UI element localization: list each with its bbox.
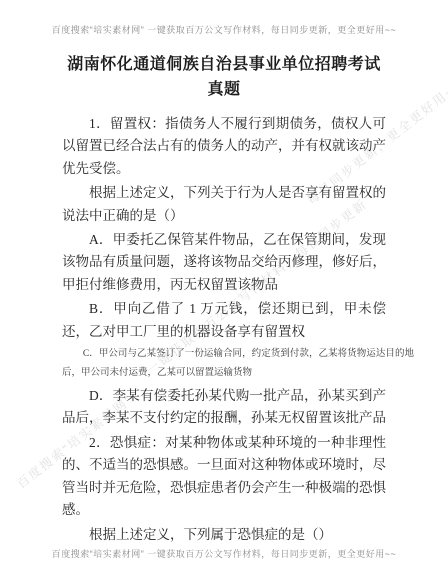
promo-header: 百度搜索“培实素材网” 一键获取百万公文写作材料，每日同步更新，更全更好用~~ — [0, 23, 448, 36]
paragraph-q1-option-c: C．甲公司与乙某签订了一份运输合同，约定货到付款，乙某将货物运达目的地后，甲公司… — [62, 345, 414, 383]
paragraph-q1-stem: 根据上述定义，下列关于行为人是否享有留置权的说法中正确的是（） — [62, 182, 386, 227]
document-page: { "promo": { "header": "百度搜索“培实素材网” 一键获取… — [0, 0, 448, 580]
paragraph-q1-definition: 1．留置权：指债务人不履行到期债务，债权人可以留置已经合法占有的债务人的动产，并… — [62, 113, 386, 180]
paragraph-q2-stem: 根据上述定义，下列属于恐惧症的是（） — [62, 524, 386, 546]
paragraph-q1-option-a: A．甲委托乙保管某件物品，乙在保管期间，发现该物品有质量问题，遂将该物品交给丙修… — [62, 229, 386, 296]
paragraph-q1-option-b: B．甲向乙借了 1 万元钱，偿还期已到，甲未偿还，乙对甲工厂里的机器设备享有留置… — [62, 298, 386, 343]
promo-footer: 百度搜索“培实素材网” 一键获取百万公文写作材料，每日同步更新，更全更好用~~ — [0, 547, 448, 560]
document-body: 湖南怀化通道侗族自治县事业单位招聘考试真题 1．留置权：指债务人不履行到期债务，… — [62, 52, 386, 546]
paragraph-q1-option-d: D．李某有偿委托孙某代购一批产品，孙某买到产品后，李某不支付约定的报酬，孙某无权… — [62, 385, 386, 430]
page-title: 湖南怀化通道侗族自治县事业单位招聘考试真题 — [62, 52, 386, 102]
paragraph-q2-definition: 2．恐惧症：对某种物体或某种环境的一种非理性的、不适当的恐惧感。一旦面对这种物体… — [62, 432, 386, 522]
